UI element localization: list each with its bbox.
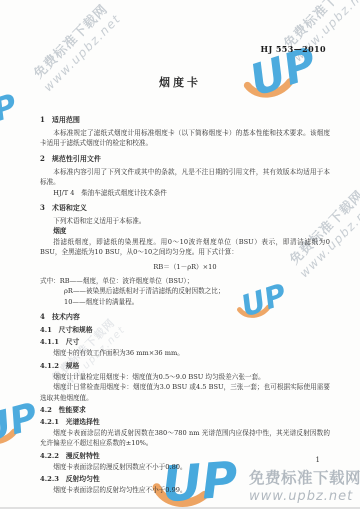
standard-number: HJ 553—2010 [261,44,327,54]
section-heading-4-2-3: 4.2.3 反射均匀性 [40,474,330,484]
paragraph-scope: 本标准规定了滤纸式烟度计用标准烟度卡（以下简称烟度卡）的基本性能和技术要求。该烟… [40,128,330,149]
formula-where-line-2: ρR——被染黑后滤纸相对于清洁滤纸的反射因数之比； [40,286,330,296]
paragraph-spectral: 烟度卡表面涂层的光谱反射因数在380～780 nm 光谱范围内应保持中性，其光谱… [40,428,330,449]
section-heading-4-1-1: 4.1.1 尺寸 [40,337,330,347]
paragraph-spec-daily: 烟度计日常检查用烟度卡：烟度值为3.0 BSU 或4.5 BSU，三张一套；也可… [40,382,330,403]
paragraph-size: 烟度卡的有效工作面积为36 mm×36 mm。 [40,348,330,358]
section-heading-3: 3 术语和定义 [40,203,330,213]
paragraph-reflection-uniformity: 烟度卡表面涂层的反射均匀性应不小于0.99。 [40,485,330,495]
document-page: 免费标准下载网 www.upbz.net 免费标准下载网 www.upbz.ne… [0,0,360,509]
paragraph-spec-verification: 烟度计计量检定用烟度卡：烟度值为0.5～9.0 BSU 均匀级差六张一套。 [40,372,330,382]
section-heading-4-2-2: 4.2.2 漫反射特性 [40,451,330,461]
paragraph-diffuse-reflection: 烟度卡表面涂层的漫反射因数应不小于0.80。 [40,462,330,472]
section-heading-4-1: 4.1 尺寸和规格 [40,325,330,335]
term-name: 烟度 [40,226,330,236]
section-heading-4: 4 技术内容 [40,312,330,322]
section-heading-4-2: 4.2 性能要求 [40,405,330,415]
formula: RB＝（1－ρR）×10 [40,262,330,272]
paragraph-terms-intro: 下列术语和定义适用于本标准。 [40,216,330,226]
paragraph-term-definition: 指滤纸烟度，即滤纸的染黑程度。用0～10波许烟度单位（BSU）表示，即清洁滤纸为… [40,237,330,258]
document-content: HJ 553—2010 烟度卡 1 适用范围 本标准规定了滤纸式烟度计用标准烟度… [0,0,360,509]
section-heading-4-1-2: 4.1.2 规格 [40,361,330,371]
reference-item: HJ/T 4 柴油车滤纸式烟度计技术条件 [40,188,330,198]
section-heading-2: 2 规范性引用文件 [40,154,330,164]
document-title: 烟度卡 [0,74,360,90]
formula-where-line-1: 式中：RB——烟度，单位：波许烟度单位（BSU）； [40,276,330,286]
formula-where-line-3: 10——烟度计的满量程。 [40,297,330,307]
section-heading-4-2-1: 4.2.1 光谱选择性 [40,417,330,427]
document-body: 1 适用范围 本标准规定了滤纸式烟度计用标准烟度卡（以下简称烟度卡）的基本性能和… [40,110,330,496]
paragraph-references-intro: 本标准内容引用了下列文件或其中的条款，凡是不注日期的引用文件，其有效版本均适用于… [40,167,330,188]
page-number: 1 [316,456,320,464]
section-heading-1: 1 适用范围 [40,115,330,125]
